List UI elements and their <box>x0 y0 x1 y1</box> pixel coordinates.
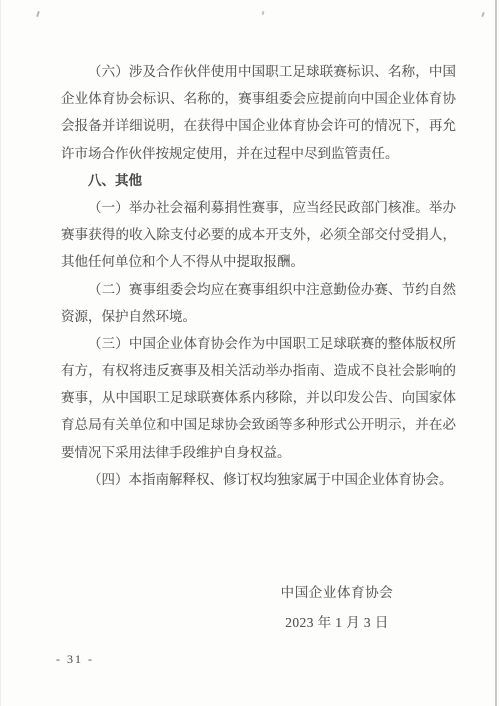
document-line: （四）本指南解释权、修订权均独家属于中国企业体育协会。 <box>61 466 456 493</box>
document-line: 有方，有权将违反赛事及相关活动举办指南、造成不良社会影响的 <box>61 357 456 384</box>
document-line: （六）涉及合作伙伴使用中国职工足球联赛标识、名称，中国 <box>61 58 456 85</box>
signature-date: 2023 年 1 月 3 日 <box>187 608 487 638</box>
scan-speck <box>262 11 265 15</box>
document-line: 会报备并详细说明，在获得中国企业体育协会许可的情况下，再允 <box>61 112 456 139</box>
scan-speck <box>36 11 40 17</box>
page-number: - 31 - <box>56 652 94 667</box>
scanned-document-page: （六）涉及合作伙伴使用中国职工足球联赛标识、名称，中国企业体育协会标识、名称的，… <box>0 0 500 706</box>
document-line: 企业体育协会标识、名称的，赛事组委会应提前向中国企业体育协 <box>61 85 456 112</box>
scan-left-edge <box>0 0 1 706</box>
document-line: 其他任何单位和个人不得从中提取报酬。 <box>61 248 456 275</box>
document-line: 许市场合作伙伴按规定使用，并在过程中尽到监管责任。 <box>61 140 456 167</box>
document-line: （一）举办社会福利募捐性赛事，应当经民政部门核准。举办 <box>61 194 456 221</box>
scan-right-edge <box>495 0 497 706</box>
document-line: （二）赛事组委会均应在赛事组织中注意勤俭办赛、节约自然 <box>61 276 456 303</box>
paragraph: （二）赛事组委会均应在赛事组织中注意勤俭办赛、节约自然资源，保护自然环境。 <box>61 276 456 330</box>
section-heading: 八、其他 <box>61 167 456 194</box>
section-heading-paragraph: 八、其他 <box>61 167 456 194</box>
paragraph: （四）本指南解释权、修订权均独家属于中国企业体育协会。 <box>61 466 456 493</box>
document-line: 要情况下采用法律手段维护自身权益。 <box>61 439 456 466</box>
document-line: 资源，保护自然环境。 <box>61 303 456 330</box>
document-body: （六）涉及合作伙伴使用中国职工足球联赛标识、名称，中国企业体育协会标识、名称的，… <box>61 58 456 493</box>
scan-speck <box>481 12 485 17</box>
document-line: 赛事，从中国职工足球联赛体系内移除，并以印发公告、向国家体 <box>61 384 456 411</box>
document-line: 赛事获得的收入除支付必要的成本开支外，必须全部交付受捐人， <box>61 221 456 248</box>
document-line: 育总局有关单位和中国足球协会致函等多种形式公开明示，并在必 <box>61 411 456 438</box>
paragraph: （六）涉及合作伙伴使用中国职工足球联赛标识、名称，中国企业体育协会标识、名称的，… <box>61 58 456 167</box>
signature-block: 中国企业体育协会 2023 年 1 月 3 日 <box>187 578 487 638</box>
paragraph: （一）举办社会福利募捐性赛事，应当经民政部门核准。举办赛事获得的收入除支付必要的… <box>61 194 456 276</box>
paragraph: （三）中国企业体育协会作为中国职工足球联赛的整体版权所有方，有权将违反赛事及相关… <box>61 330 456 466</box>
signature-organization: 中国企业体育协会 <box>187 578 487 608</box>
document-line: （三）中国企业体育协会作为中国职工足球联赛的整体版权所 <box>61 330 456 357</box>
